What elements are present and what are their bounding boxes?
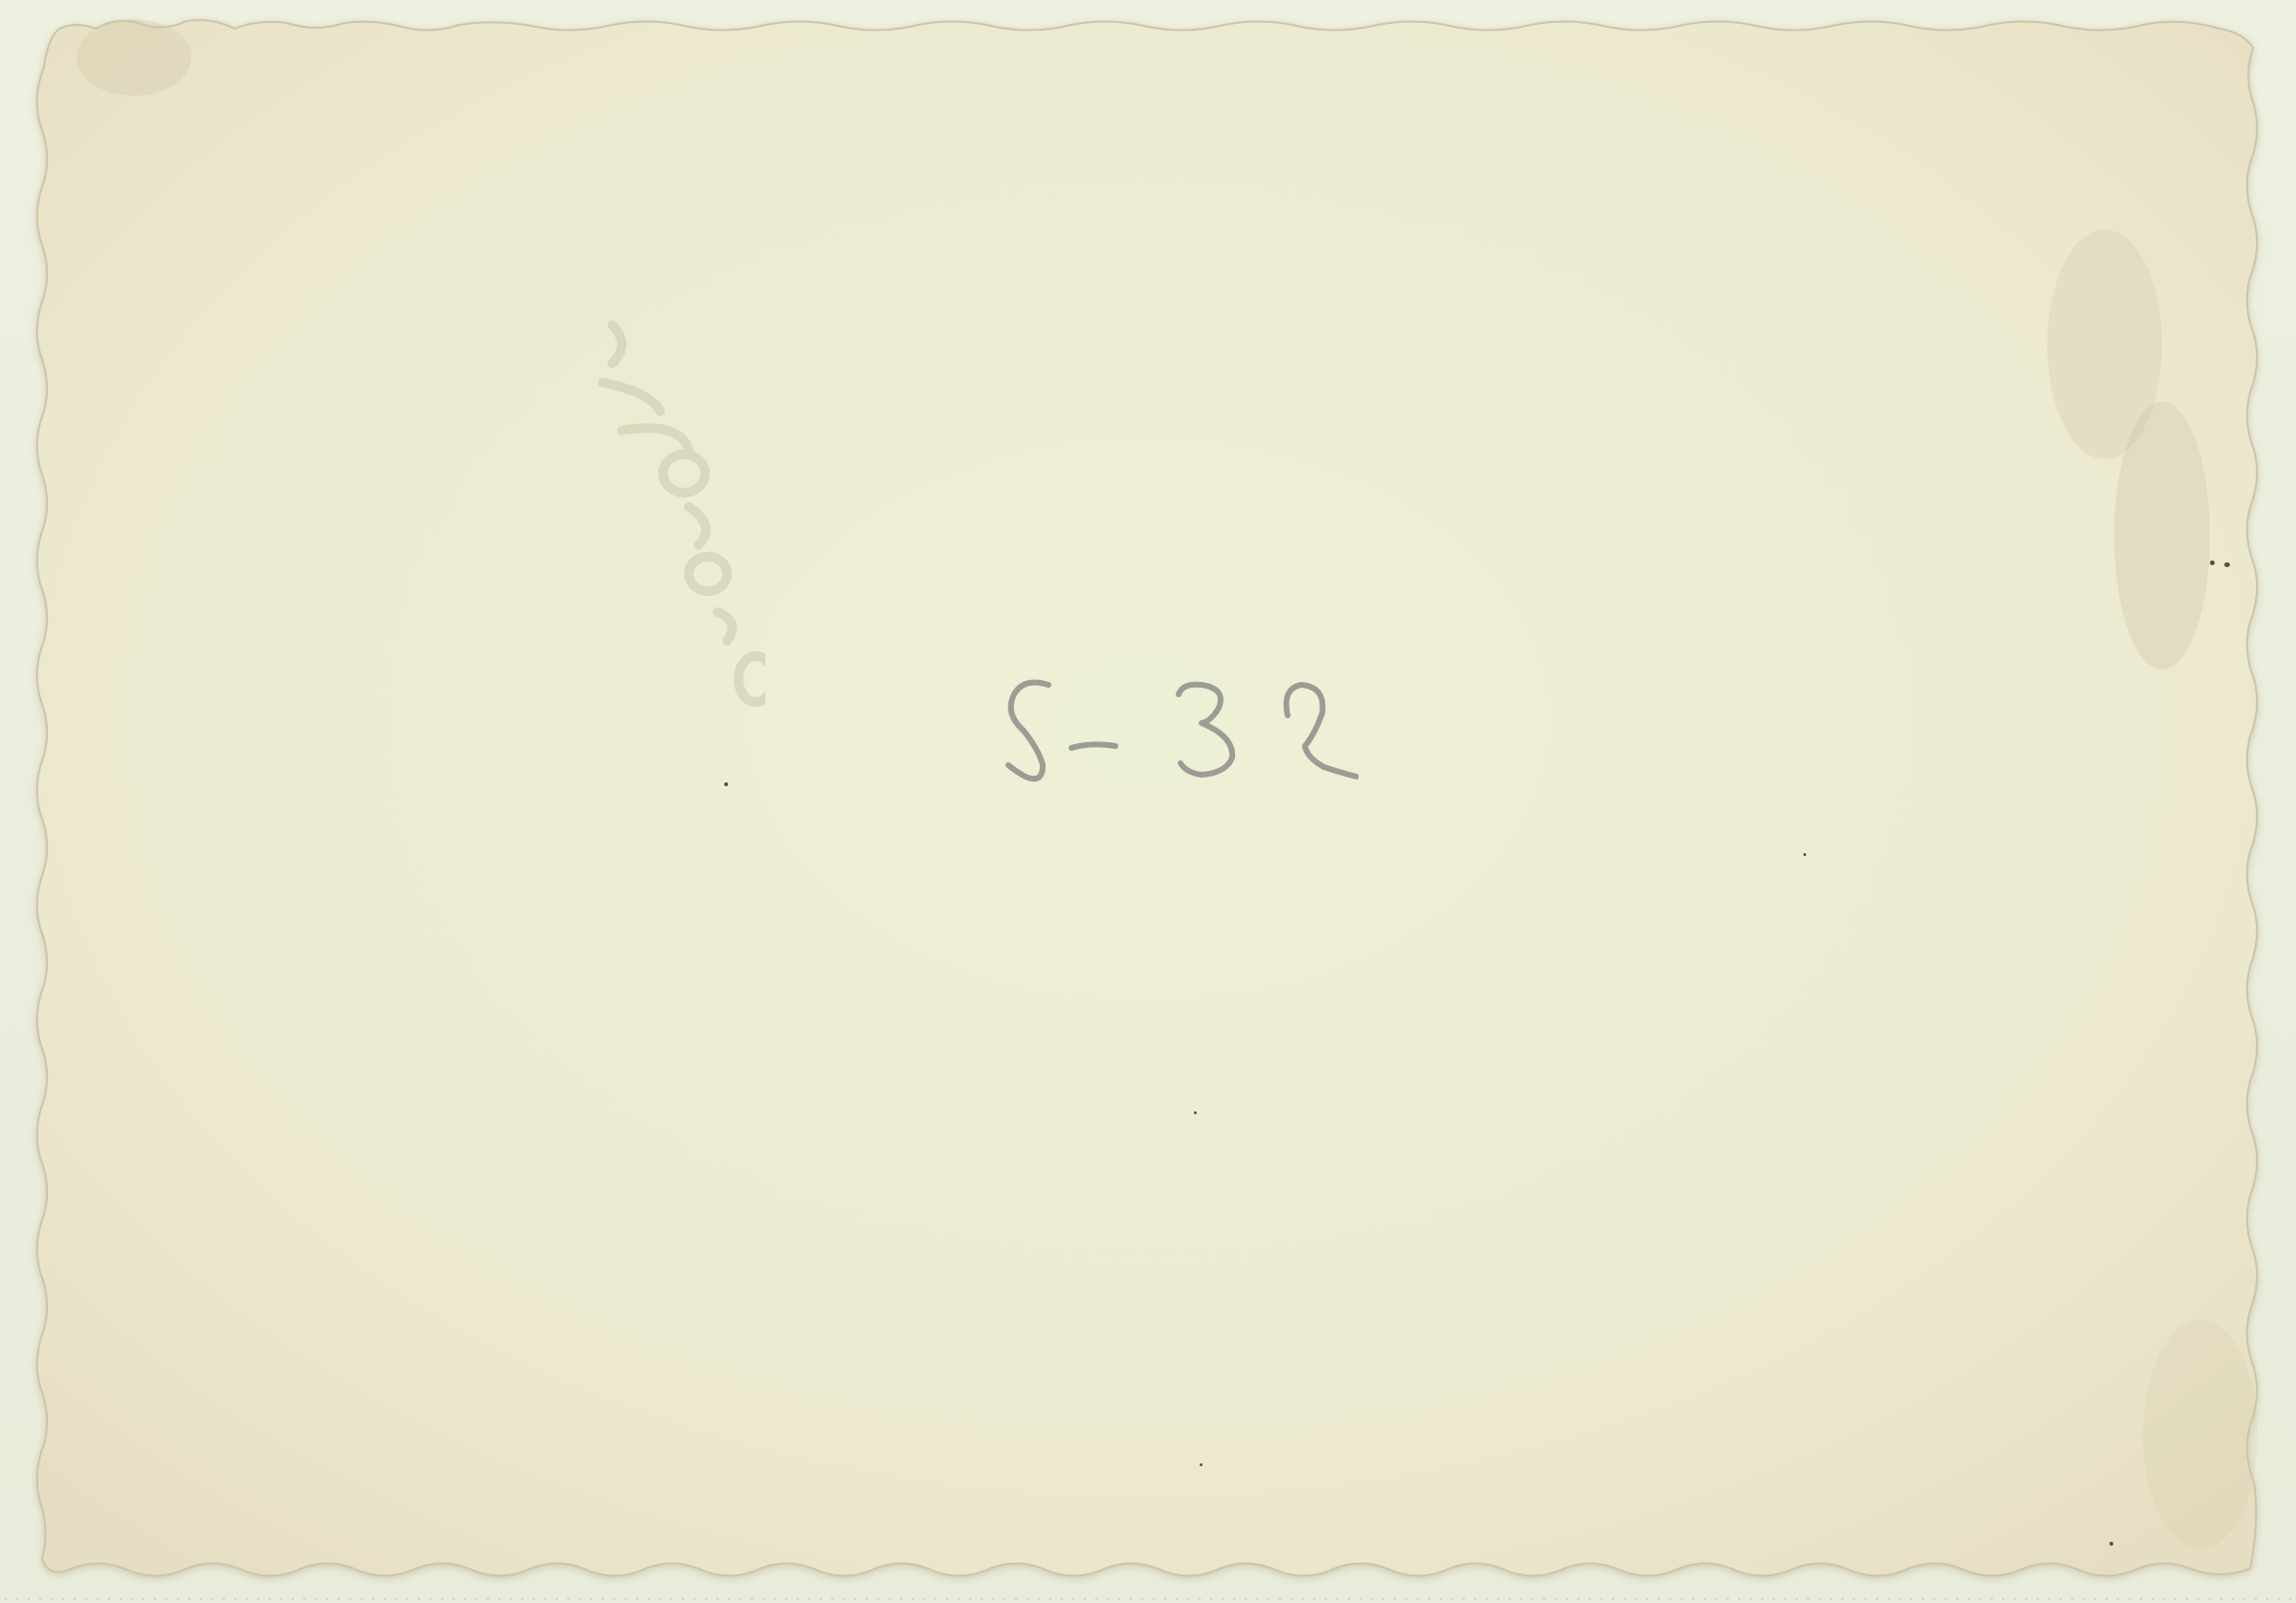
dust-speck [1194,1111,1197,1114]
dust-speck [2210,560,2215,565]
dust-speck [2224,562,2230,567]
dust-speck [1200,1463,1203,1466]
show-through-text [574,306,765,727]
scan-border-dots [0,1595,2296,1603]
dust-speck [724,782,728,786]
deckled-paper-shape [0,0,2296,1603]
dust-speck [2109,1542,2113,1546]
pencil-annotation: 5-32 [976,650,1358,784]
photo-print-back [0,0,2296,1603]
dust-speck [1803,853,1806,856]
